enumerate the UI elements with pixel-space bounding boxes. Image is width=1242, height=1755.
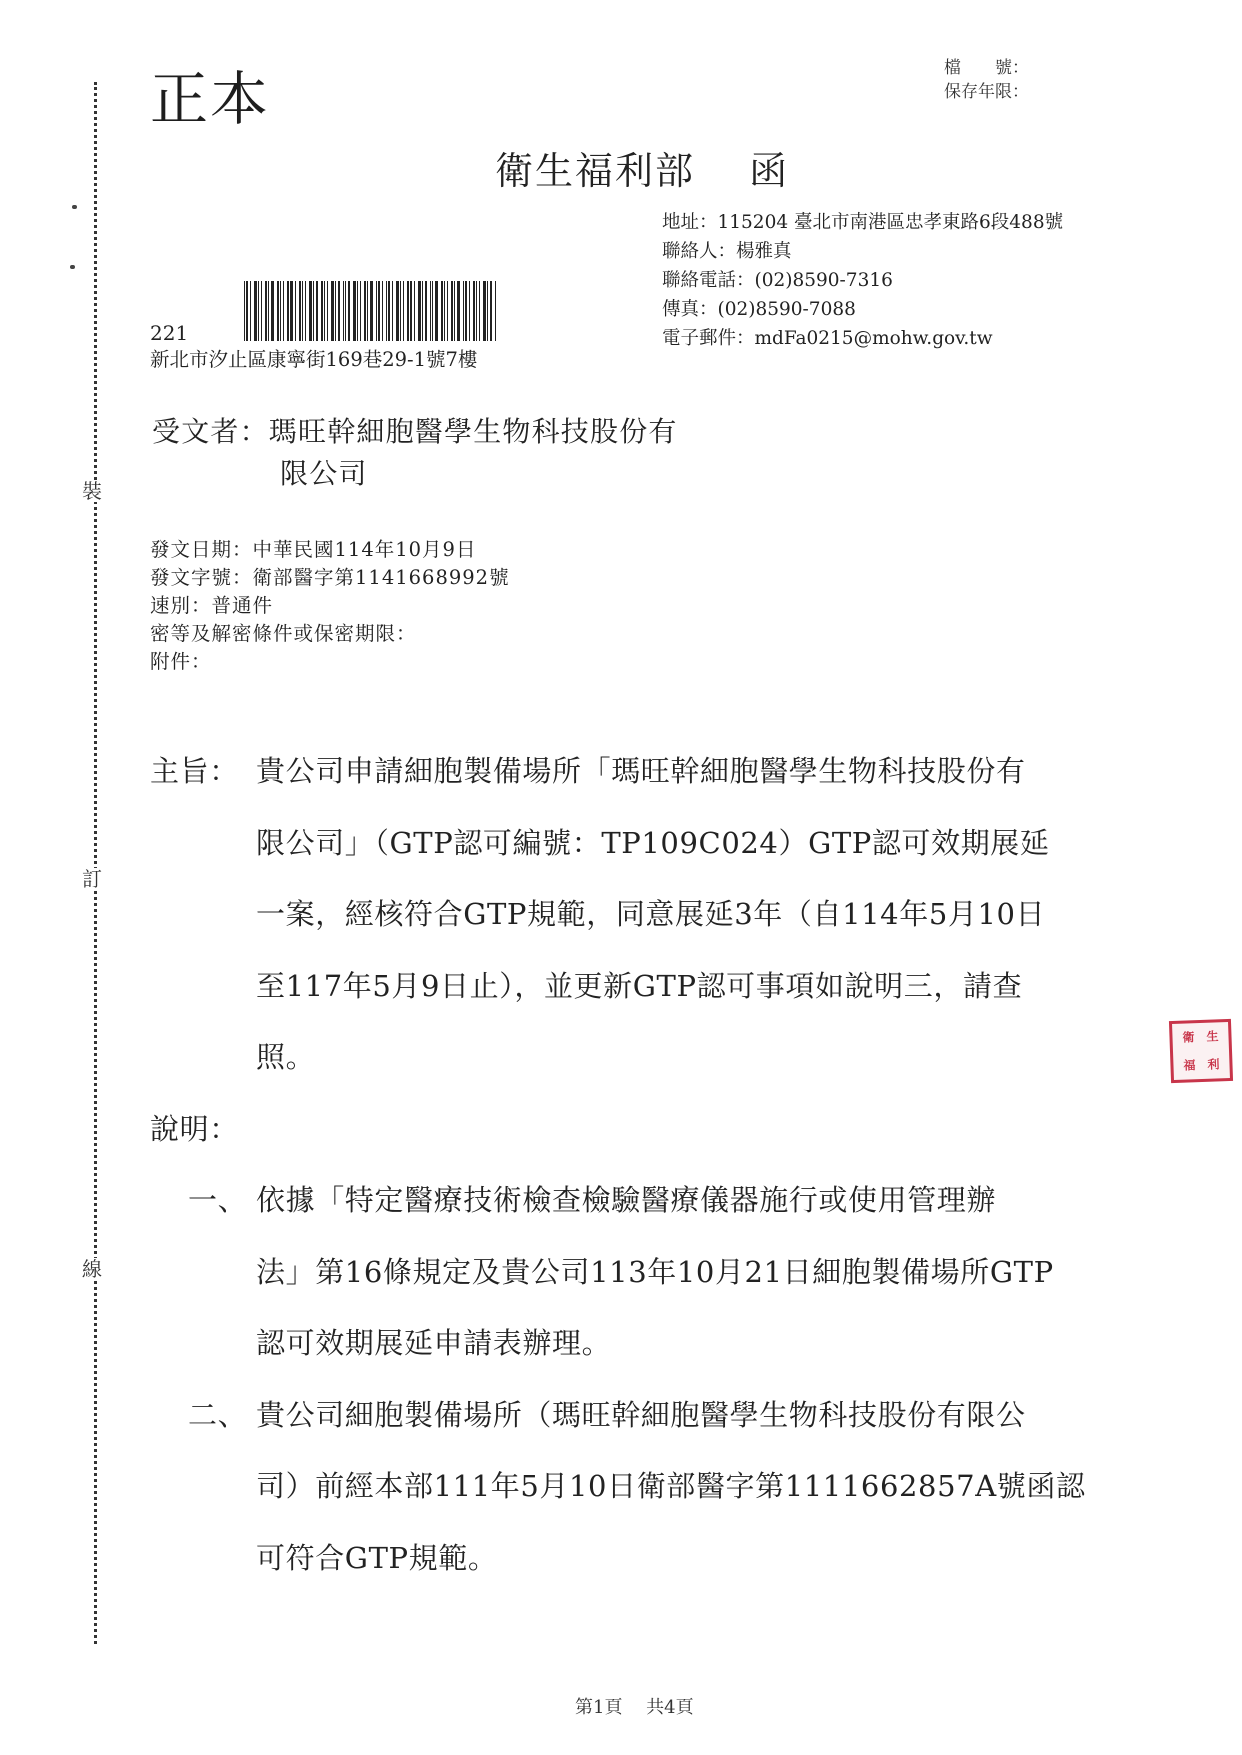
original-copy-mark: 正本 xyxy=(150,52,270,136)
contact-phone: 聯絡電話：(02)8590-7316 xyxy=(662,266,1063,295)
item-number: 二、 xyxy=(188,1380,247,1452)
explanation-item-2: 二、 貴公司細胞製備場所（瑪旺幹細胞醫學生物科技股份有限公 司）前經本部111年… xyxy=(150,1380,1135,1595)
subject-line: 照。 xyxy=(256,1022,1135,1094)
urgency: 速別：普通件 xyxy=(150,592,510,620)
seal-char: 福 xyxy=(1177,1058,1201,1072)
item-line: 認可效期展延申請表辦理。 xyxy=(256,1308,1135,1380)
explanation-label: 說明： xyxy=(150,1094,1135,1166)
item-line: 依據「特定醫療技術檢查檢驗醫療儀器施行或使用管理辦 xyxy=(256,1165,1135,1237)
official-seal-stamp: 衛 生 福 利 xyxy=(1169,1019,1233,1083)
subject-line: 貴公司申請細胞製備場所「瑪旺幹細胞醫學生物科技股份有 xyxy=(256,736,1135,808)
item-line: 法」第16條規定及貴公司113年10月21日細胞製備場所GTP xyxy=(256,1237,1135,1309)
subject-label: 主旨： xyxy=(150,736,239,808)
recipient-zip: 221 xyxy=(150,321,188,345)
subject-line: 限公司」（GTP認可編號：TP109C024）GTP認可效期展延 xyxy=(256,808,1135,880)
recipient-line-2: 限公司 xyxy=(152,453,678,495)
retention-label: 保存年限： xyxy=(944,80,1029,104)
binding-mark-xian: 線 xyxy=(82,1258,102,1280)
sender-address: 地址：115204 臺北市南港區忠孝東路6段488號 xyxy=(662,208,1063,237)
recipient-address: 新北市汐止區康寧街169巷29-1號7樓 xyxy=(150,344,477,372)
document-number: 發文字號：衛部醫字第1141668992號 xyxy=(150,564,510,592)
subject-section: 主旨： 貴公司申請細胞製備場所「瑪旺幹細胞醫學生物科技股份有 限公司」（GTP認… xyxy=(150,736,1135,1094)
seal-char: 衛 xyxy=(1176,1031,1200,1045)
subject-line: 至117年5月9日止），並更新GTP認可事項如說明三，請查 xyxy=(256,951,1135,1023)
item-line: 可符合GTP規範。 xyxy=(256,1523,1135,1595)
item-line: 貴公司細胞製備場所（瑪旺幹細胞醫學生物科技股份有限公 xyxy=(256,1380,1135,1452)
recipient: 受文者：瑪旺幹細胞醫學生物科技股份有 限公司 xyxy=(152,411,678,495)
binding-dotted-line xyxy=(94,82,97,1644)
document-title: 衛生福利部 函 xyxy=(495,140,789,195)
letter-body: 主旨： 貴公司申請細胞製備場所「瑪旺幹細胞醫學生物科技股份有 限公司」（GTP認… xyxy=(150,736,1135,1594)
recipient-line-1: 受文者：瑪旺幹細胞醫學生物科技股份有 xyxy=(152,411,678,453)
contact-person: 聯絡人：楊雅真 xyxy=(662,237,1063,266)
page-number: 第1頁 共4頁 xyxy=(575,1693,694,1719)
contact-email: 電子郵件：mdFa0215@mohw.gov.tw xyxy=(662,324,1063,353)
item-line: 司）前經本部111年5月10日衛部醫字第1111662857A號函認 xyxy=(256,1451,1135,1523)
explanation-section: 說明： 一、 依據「特定醫療技術檢查檢驗醫療儀器施行或使用管理辦 法」第16條規… xyxy=(150,1094,1135,1595)
item-number: 一、 xyxy=(188,1165,247,1237)
scan-speck xyxy=(72,205,77,209)
binding-mark-zhuang: 裝 xyxy=(82,480,102,502)
attachments: 附件： xyxy=(150,648,510,676)
file-meta: 檔 號： 保存年限： xyxy=(944,56,1029,104)
sender-contact: 地址：115204 臺北市南港區忠孝東路6段488號 聯絡人：楊雅真 聯絡電話：… xyxy=(662,208,1063,353)
scan-speck xyxy=(70,265,75,269)
issue-date: 發文日期：中華民國114年10月9日 xyxy=(150,536,510,564)
binding-mark-ding: 訂 xyxy=(82,868,102,890)
postal-barcode xyxy=(244,281,534,341)
explanation-item-1: 一、 依據「特定醫療技術檢查檢驗醫療儀器施行或使用管理辦 法」第16條規定及貴公… xyxy=(150,1165,1135,1380)
contact-fax: 傳真：(02)8590-7088 xyxy=(662,295,1063,324)
file-number-label: 檔 號： xyxy=(944,56,1029,80)
subject-line: 一案，經核符合GTP規範，同意展延3年（自114年5月10日 xyxy=(256,879,1135,951)
seal-char: 生 xyxy=(1200,1030,1224,1044)
document-meta: 發文日期：中華民國114年10月9日 發文字號：衛部醫字第1141668992號… xyxy=(150,536,510,676)
classification: 密等及解密條件或保密期限： xyxy=(150,620,510,648)
seal-char: 利 xyxy=(1201,1058,1225,1072)
